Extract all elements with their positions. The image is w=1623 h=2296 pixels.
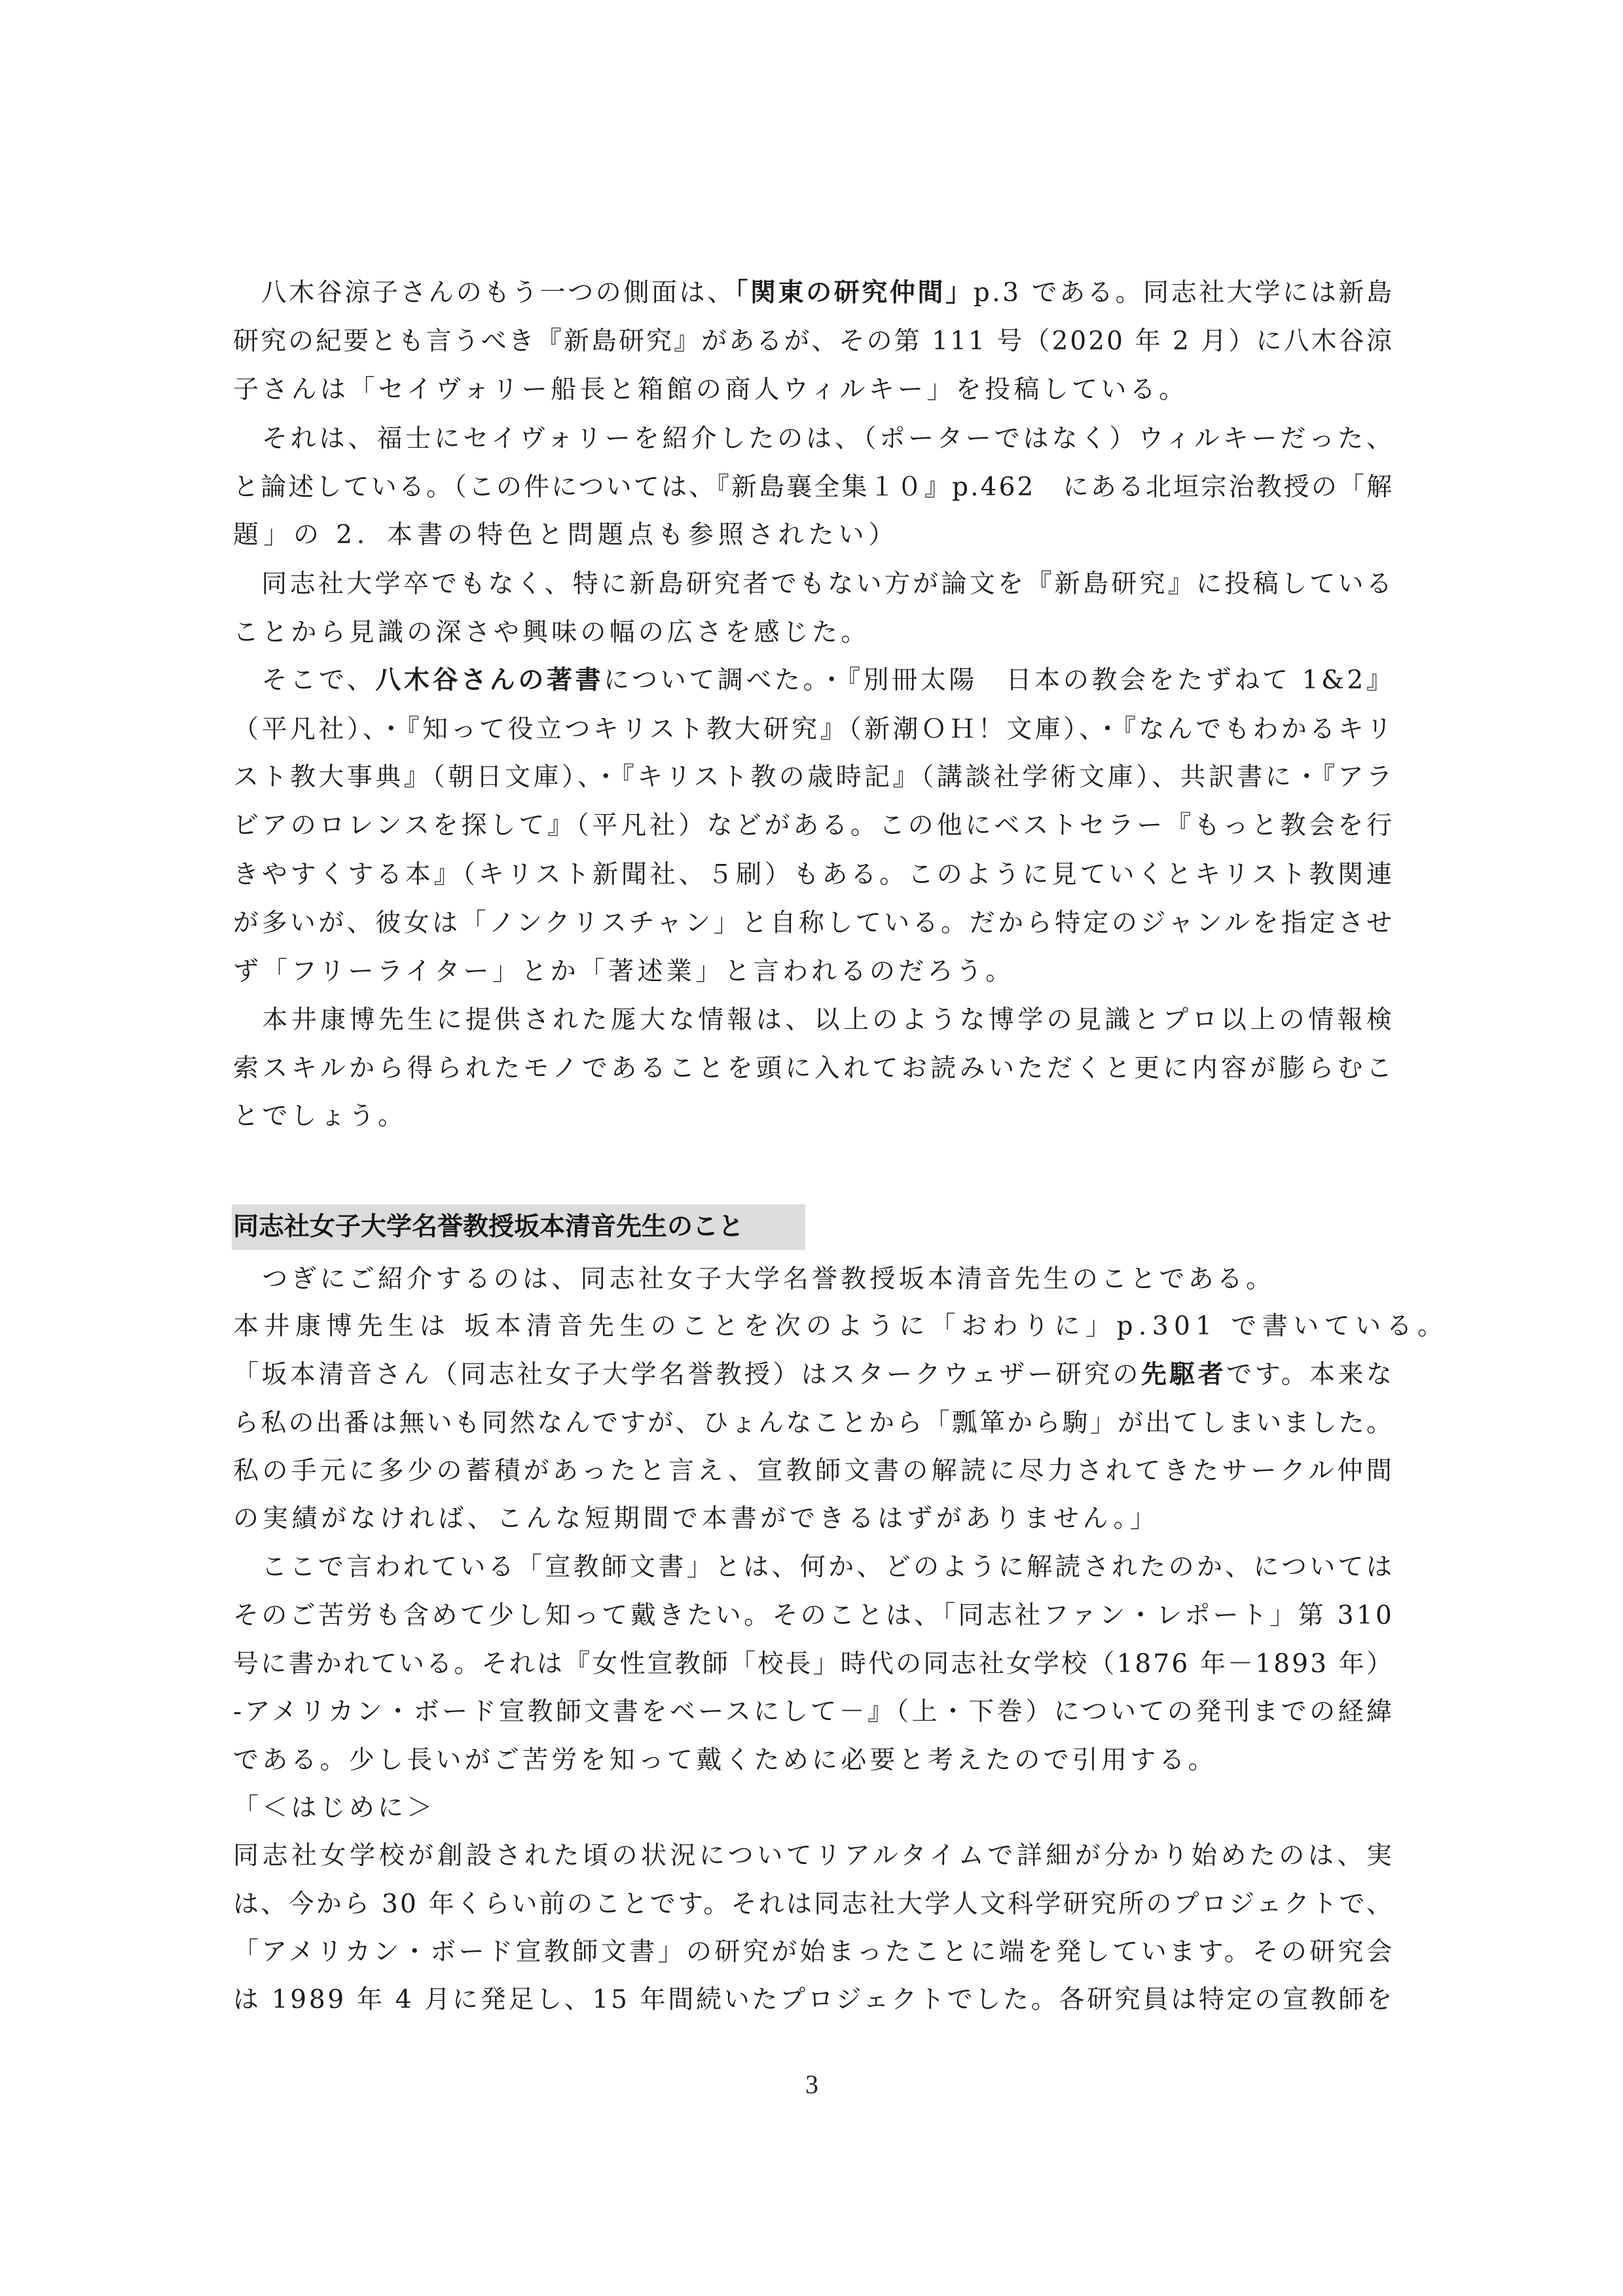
paragraph-line: （平凡社）、・『知って役立つキリスト教大研究』（新潮ＯＨ！文庫）、・『なんでもわ…: [233, 710, 1392, 749]
paragraph-line: そのご苦労も含めて少し知って戴きたい。そのことは、「同志社ファン・レポート」第 …: [233, 1596, 1392, 1636]
paragraph-line: 私の手元に多少の蓄積があったと言え、宣教師文書の解読に尽力されてきたサークル仲間: [233, 1452, 1392, 1491]
paragraph-line: 本井康博先生に提供された厖大な情報は、以上のような博学の見識とプロ以上の情報検: [233, 1001, 1392, 1040]
line-text: の実績がなければ、こんな短期間で本書ができるはずがありません。」: [233, 1504, 1159, 1534]
paragraph-line: 索スキルから得られたモノであることを頭に入れてお読みいただくと更に内容が膨らむこ: [233, 1049, 1392, 1088]
line-text: は 1989 年 4 月に発足し、15 年間続いたプロジェクトでした。各研究員は…: [233, 1985, 1395, 2015]
line-text: とでしょう。: [233, 1102, 407, 1131]
paragraph-line: ビアのロレンスを探して』（平凡社）などがある。この他にベストセラー『もっと教会を…: [233, 806, 1392, 846]
document-page: 八木谷涼子さんのもう一つの側面は、「関東の研究仲間」p.3 である。同志社大学に…: [0, 0, 1623, 2296]
page-number: 3: [786, 2068, 838, 2101]
line-text: 同志社女学校が創設された頃の状況についてリアルタイムで詳細が分かり始めたのは、実: [233, 1841, 1395, 1871]
line-text: 同志社大学卒でもなく、特に新島研究者でもない方が論文を『新島研究』に投稿している: [233, 569, 1395, 599]
paragraph-line: 「＜はじめに＞: [233, 1789, 1392, 1828]
line-text: 八木谷涼子さんのもう一つの側面は、: [233, 278, 735, 308]
line-text: 「＜はじめに＞: [233, 1793, 435, 1823]
paragraph-line: 号に書かれている。それは『女性宣教師「校長」時代の同志社女学校（1876 年－1…: [233, 1645, 1392, 1684]
line-text: について調べた。・『別冊太陽 日本の教会をたずねて 1&2』: [604, 666, 1395, 695]
paragraph-line: ことから見識の深さや興味の幅の広さを感じた。: [233, 613, 1392, 653]
paragraph-line: 研究の紀要とも言うべき『新島研究』があるが、その第 111 号（2020 年 2…: [233, 322, 1392, 361]
paragraph-line: が多いが、彼女は「ノンクリスチャン」と自称している。だから特定のジャンルを指定さ…: [233, 904, 1392, 943]
line-text: きやすくする本』（キリスト新聞社、５刷）もある。このように見ていくとキリスト教関…: [233, 860, 1395, 889]
paragraph-line: は、今から 30 年くらい前のことです。それは同志社大学人文科学研究所のプロジェ…: [233, 1885, 1392, 1924]
line-text: である。少し長いがご苦労を知って戴くために必要と考えたので引用する。: [233, 1746, 1217, 1775]
paragraph-line: きやすくする本』（キリスト新聞社、５刷）もある。このように見ていくとキリスト教関…: [233, 855, 1392, 895]
section-heading: 同志社女子大学名誉教授坂本清音先生のこと: [233, 1208, 744, 1247]
paragraph-line: 同志社大学卒でもなく、特に新島研究者でもない方が論文を『新島研究』に投稿している: [233, 565, 1392, 604]
line-text: 索スキルから得られたモノであることを頭に入れてお読みいただくと更に内容が膨らむこ: [233, 1054, 1395, 1083]
paragraph-line: ら私の出番は無いも同然なんですが、ひょんなことから「瓢箪から駒」が出てしまいまし…: [233, 1404, 1392, 1443]
paragraph-line: 同志社女学校が創設された頃の状況についてリアルタイムで詳細が分かり始めたのは、実: [233, 1837, 1392, 1876]
line-text: 子さんは「セイヴォリー船長と箱館の商人ウィルキー」を投稿している。: [233, 375, 1188, 404]
line-text: 本井康博先生は 坂本清音先生のことを次のように「おわりに」p.301 で書いてい…: [233, 1312, 1449, 1341]
paragraph-line: 「坂本清音さん（同志社女子大学名誉教授）はスタークウェザー研究の先駆者です。本来…: [233, 1355, 1392, 1395]
paragraph-line: は 1989 年 4 月に発足し、15 年間続いたプロジェクトでした。各研究員は…: [233, 1981, 1392, 2020]
line-text: ず「フリーライター」とか「著述業」と言われるのだろう。: [233, 957, 1014, 986]
line-text: 題」の 2．本書の特色と問題点も参照されたい）: [233, 520, 899, 550]
bold-emphasis: 先駆者: [1141, 1360, 1226, 1390]
line-text: ら私の出番は無いも同然なんですが、ひょんなことから「瓢箪から駒」が出てしまいまし…: [233, 1408, 1394, 1438]
paragraph-line: -アメリカン・ボード宣教師文書をベースにして－』（上・下巻）についての発刊までの…: [233, 1693, 1392, 1732]
line-text: そこで、: [233, 666, 375, 695]
paragraph-line: 題」の 2．本書の特色と問題点も参照されたい）: [233, 516, 1392, 555]
line-text: スト教大事典』（朝日文庫）、・『キリスト教の歳時記』（講談社学術文庫）、共訳書に…: [233, 762, 1395, 792]
line-text: p.3 である。同志社大学には新島: [974, 278, 1395, 308]
paragraph-line: である。少し長いがご苦労を知って戴くために必要と考えたので引用する。: [233, 1741, 1392, 1780]
line-text: ことから見識の深さや興味の幅の広さを感じた。: [233, 618, 869, 647]
paragraph-line: とでしょう。: [233, 1097, 1392, 1136]
line-text: つぎにご紹介するのは、同志社女子大学名誉教授坂本清音先生のことである。: [233, 1265, 1275, 1294]
line-text: 私の手元に多少の蓄積があったと言え、宣教師文書の解読に尽力されてきたサークル仲間: [233, 1456, 1395, 1486]
line-text: は、今から 30 年くらい前のことです。それは同志社大学人文科学研究所のプロジェ…: [233, 1890, 1394, 1919]
paragraph-line: ず「フリーライター」とか「著述業」と言われるのだろう。: [233, 952, 1392, 992]
paragraph-line: 本井康博先生は 坂本清音先生のことを次のように「おわりに」p.301 で書いてい…: [233, 1307, 1392, 1346]
line-text: 「アメリカン・ボード宣教師文書」の研究が始まったことに端を発しています。その研究…: [233, 1937, 1395, 1967]
line-text: -アメリカン・ボード宣教師文書をベースにして－』（上・下巻）についての発刊までの…: [233, 1697, 1395, 1727]
line-text: 号に書かれている。それは『女性宣教師「校長」時代の同志社女学校（1876 年－1…: [233, 1649, 1394, 1679]
line-text: それは、福士にセイヴォリーを紹介したのは、（ポーターではなく）ウィルキーだった、: [233, 424, 1395, 454]
bold-emphasis: 「関東の研究仲間」: [735, 278, 974, 308]
line-text: です。本来な: [1226, 1360, 1395, 1390]
paragraph-line: 「アメリカン・ボード宣教師文書」の研究が始まったことに端を発しています。その研究…: [233, 1933, 1392, 1972]
paragraph-line: 子さんは「セイヴォリー船長と箱館の商人ウィルキー」を投稿している。: [233, 370, 1392, 410]
paragraph-line: 八木谷涼子さんのもう一つの側面は、「関東の研究仲間」p.3 である。同志社大学に…: [233, 274, 1392, 313]
line-text: が多いが、彼女は「ノンクリスチャン」と自称している。だから特定のジャンルを指定さ…: [233, 908, 1395, 938]
paragraph-line: の実績がなければ、こんな短期間で本書ができるはずがありません。」: [233, 1499, 1392, 1539]
paragraph-line: スト教大事典』（朝日文庫）、・『キリスト教の歳時記』（講談社学術文庫）、共訳書に…: [233, 758, 1392, 797]
paragraph-line: ここで言われている「宣教師文書」とは、何か、どのように解読されたのか、については: [233, 1548, 1392, 1587]
line-text: そのご苦労も含めて少し知って戴きたい。そのことは、「同志社ファン・レポート」第 …: [233, 1601, 1395, 1630]
line-text: 本井康博先生に提供された厖大な情報は、以上のような博学の見識とプロ以上の情報検: [233, 1005, 1395, 1035]
line-text: ここで言われている「宣教師文書」とは、何か、どのように解読されたのか、については: [233, 1552, 1395, 1582]
paragraph-line: それは、福士にセイヴォリーを紹介したのは、（ポーターではなく）ウィルキーだった、: [233, 420, 1392, 459]
line-text: （平凡社）、・『知って役立つキリスト教大研究』（新潮ＯＨ！文庫）、・『なんでもわ…: [233, 715, 1395, 744]
line-text: 研究の紀要とも言うべき『新島研究』があるが、その第 111 号（2020 年 2…: [233, 327, 1394, 356]
paragraph-line: そこで、八木谷さんの著書について調べた。・『別冊太陽 日本の教会をたずねて 1&…: [233, 661, 1392, 700]
line-text: ビアのロレンスを探して』（平凡社）などがある。この他にベストセラー『もっと教会を…: [233, 811, 1395, 840]
line-text: 「坂本清音さん（同志社女子大学名誉教授）はスタークウェザー研究の: [233, 1360, 1141, 1390]
bold-emphasis: 八木谷さんの著書: [375, 666, 604, 695]
paragraph-line: つぎにご紹介するのは、同志社女子大学名誉教授坂本清音先生のことである。: [233, 1260, 1392, 1299]
line-text: と論述している。（この件については、『新島襄全集１０』p.462 にある北垣宗治…: [233, 473, 1394, 502]
paragraph-line: と論述している。（この件については、『新島襄全集１０』p.462 にある北垣宗治…: [233, 468, 1392, 507]
